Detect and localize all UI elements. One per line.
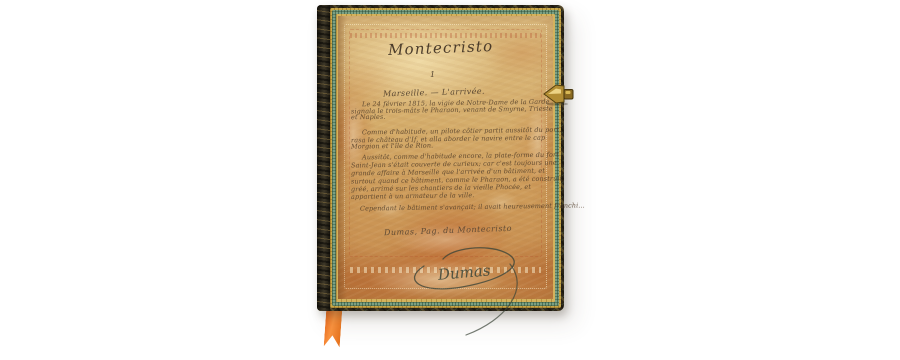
manuscript-title: Montecristo <box>388 38 494 58</box>
parchment-field: Montecristo 1 Marseille. — L'arrivée. Le… <box>338 16 553 299</box>
lace-top-ornament <box>350 33 541 38</box>
clasp <box>543 83 579 106</box>
book-spine <box>317 5 330 311</box>
signature-flourish: Dumas <box>390 234 560 339</box>
product-photo: Montecristo 1 Marseille. — L'arrivée. Le… <box>0 0 900 360</box>
clasp-knob <box>564 90 573 100</box>
clasp-knob-highlight <box>566 91 571 94</box>
chapter-number: 1 <box>430 71 435 79</box>
manuscript-line: Morgion et l'île de Rion. <box>351 142 433 150</box>
hinge-shadow <box>338 16 347 299</box>
clasp-body <box>544 85 564 103</box>
manuscript-line: et Naples. <box>351 114 386 121</box>
journal-cover: Montecristo 1 Marseille. — L'arrivée. Le… <box>317 5 564 311</box>
signature-text: Dumas <box>436 261 491 284</box>
